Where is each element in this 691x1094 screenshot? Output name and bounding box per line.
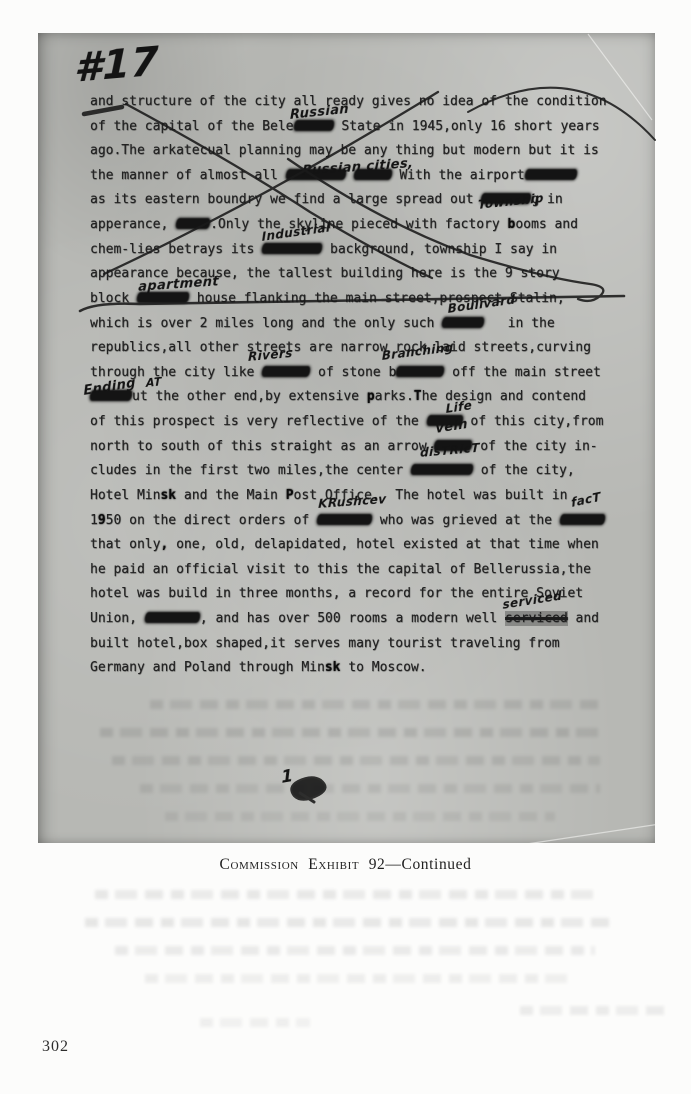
handwritten-annotation: vein bbox=[435, 417, 468, 437]
handwritten-annotation: serviced bbox=[502, 589, 562, 612]
ghost-line bbox=[520, 1006, 665, 1015]
handwritten-annotation: Industrial bbox=[262, 220, 331, 244]
handwritten-annotation: Rivers bbox=[248, 346, 293, 364]
ghost-line bbox=[140, 784, 600, 793]
handwritten-annotation: disTRicT bbox=[420, 441, 480, 460]
handwritten-annotation: Russian bbox=[290, 102, 349, 123]
handwritten-annotation: Township bbox=[478, 191, 544, 212]
ghost-line bbox=[165, 812, 555, 821]
handwritten-annotation: Boulivard bbox=[448, 292, 516, 316]
exhibit-caption: Commission Exhibit 92—Continued bbox=[0, 856, 691, 874]
handwritten-annotation: AT bbox=[146, 375, 162, 390]
handwritten-annotation: Branching bbox=[382, 340, 454, 363]
handwriting-layer: #17RussianRussian cities,TownshipIndustr… bbox=[0, 0, 691, 1094]
ghost-line bbox=[150, 700, 600, 709]
ghost-line bbox=[145, 974, 575, 983]
page-number: 302 bbox=[42, 1038, 69, 1056]
scanned-document: and structure of the city all ready give… bbox=[0, 0, 691, 1094]
handwritten-annotation: Life bbox=[446, 398, 473, 416]
handwritten-annotation: Russian cities, bbox=[302, 156, 414, 179]
ghost-line bbox=[95, 890, 600, 899]
exhibit-caption-name: Commission Exhibit bbox=[220, 856, 360, 873]
ghost-line bbox=[112, 756, 600, 765]
handwritten-annotation: facT bbox=[571, 490, 602, 510]
ghost-line bbox=[115, 946, 595, 955]
handwritten-annotation: apartment bbox=[138, 274, 219, 295]
handwritten-annotation: #17 bbox=[74, 38, 159, 92]
ghost-line bbox=[200, 1018, 310, 1027]
handwritten-annotation: KRushcev bbox=[318, 492, 387, 511]
exhibit-caption-number: 92—Continued bbox=[369, 856, 472, 873]
ghost-line bbox=[100, 728, 600, 737]
ghost-line bbox=[85, 918, 610, 927]
handwritten-annotation: Ending bbox=[83, 376, 136, 399]
